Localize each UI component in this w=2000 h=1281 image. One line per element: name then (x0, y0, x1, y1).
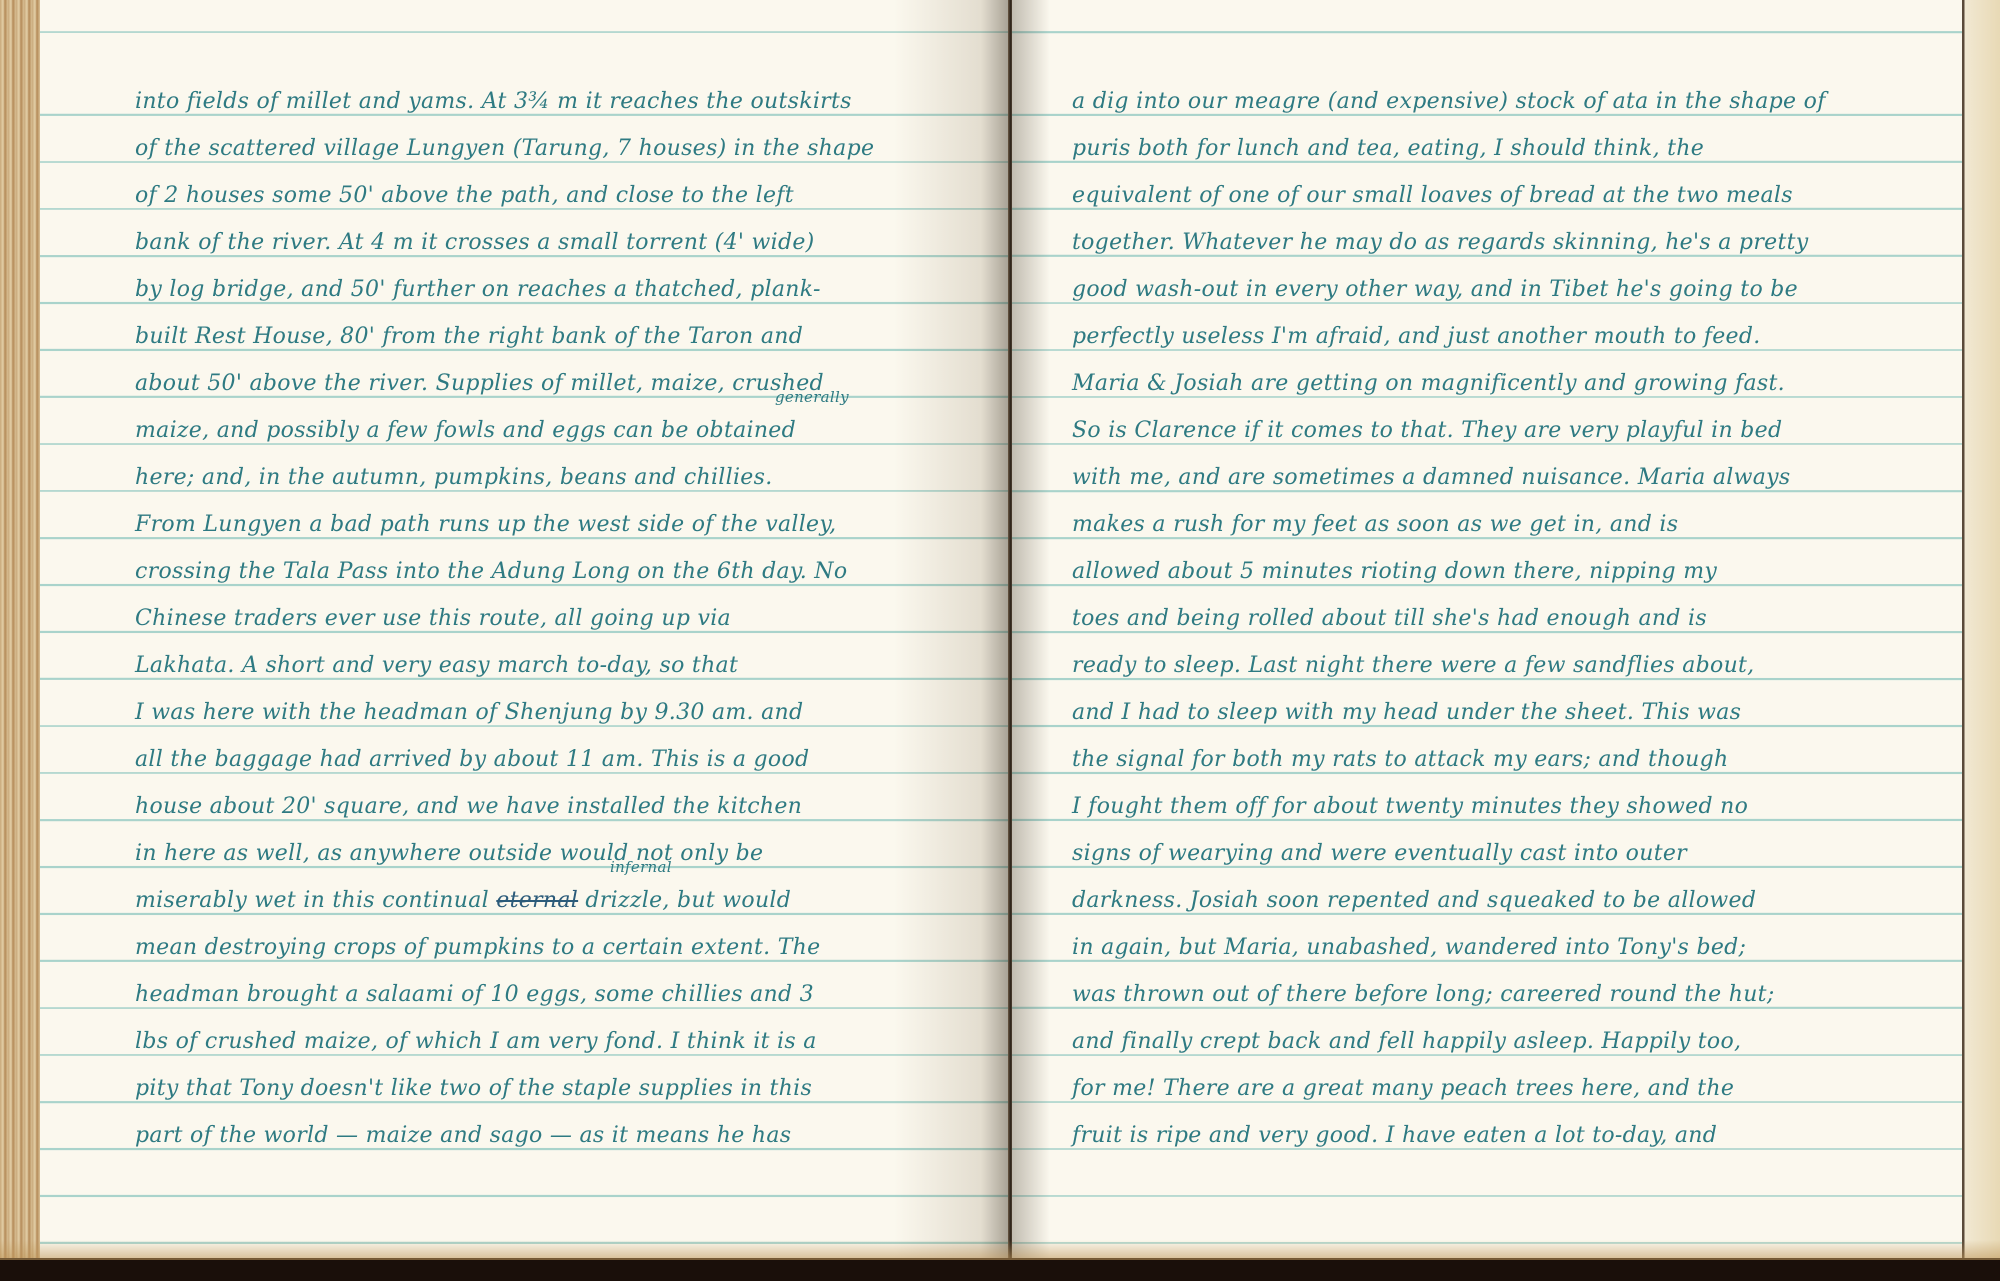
text-line: Lakhata. A short and very easy march to-… (135, 642, 995, 689)
text-line: I fought them off for about twenty minut… (1072, 783, 1952, 830)
text-line: crossing the Tala Pass into the Adung Lo… (135, 548, 995, 595)
open-notebook: into fields of millet and yams. At 3¾ m … (0, 0, 2000, 1258)
text-line: toes and being rolled about till she's h… (1072, 595, 1952, 642)
text-line: good wash-out in every other way, and in… (1072, 266, 1952, 313)
text-line: darkness. Josiah soon repented and squea… (1072, 877, 1952, 924)
text-line: Chinese traders ever use this route, all… (135, 595, 995, 642)
text-line: of the scattered village Lungyen (Tarung… (135, 125, 995, 172)
right-page: a dig into our meagre (and expensive) st… (1012, 0, 1962, 1258)
text-line: headman brought a salaami of 10 eggs, so… (135, 971, 995, 1018)
page-edges-left (0, 0, 40, 1258)
text-line: about 50' above the river. Supplies of m… (135, 360, 995, 407)
text-line: for me! There are a great many peach tre… (1072, 1065, 1952, 1112)
right-page-text: a dig into our meagre (and expensive) st… (1072, 78, 1952, 1159)
text-line: of 2 houses some 50' above the path, and… (135, 172, 995, 219)
text-line: part of the world — maize and sago — as … (135, 1112, 995, 1159)
page-edges-right (1962, 0, 2000, 1258)
text-line: in here as well, as anywhere outside wou… (135, 830, 995, 877)
text-line: fruit is ripe and very good. I have eate… (1072, 1112, 1952, 1159)
text-line: built Rest House, 80' from the right ban… (135, 313, 995, 360)
text-line: and finally crept back and fell happily … (1072, 1018, 1952, 1065)
text-line: bank of the river. At 4 m it crosses a s… (135, 219, 995, 266)
text-line: pity that Tony doesn't like two of the s… (135, 1065, 995, 1112)
left-page: into fields of millet and yams. At 3¾ m … (40, 0, 1010, 1258)
text-line: house about 20' square, and we have inst… (135, 783, 995, 830)
text-line: signs of wearying and were eventually ca… (1072, 830, 1952, 877)
text-line-with-correction: miserably wet in this continual infernal… (135, 877, 995, 924)
text-line: all the baggage had arrived by about 11 … (135, 736, 995, 783)
text-line: I was here with the headman of Shenjung … (135, 689, 995, 736)
text-line: into fields of millet and yams. At 3¾ m … (135, 78, 995, 125)
text-line: From Lungyen a bad path runs up the west… (135, 501, 995, 548)
inserted-word: generally (775, 387, 849, 407)
text-line-with-insertion: generally maize, and possibly a few fowl… (135, 407, 995, 454)
text-line: puris both for lunch and tea, eating, I … (1072, 125, 1952, 172)
text-line: equivalent of one of our small loaves of… (1072, 172, 1952, 219)
text-line: together. Whatever he may do as regards … (1072, 219, 1952, 266)
text-line-content: miserably wet in this continual (135, 888, 489, 913)
inserted-word: infernal (610, 857, 672, 877)
text-line: ready to sleep. Last night there were a … (1072, 642, 1952, 689)
text-line: and I had to sleep with my head under th… (1072, 689, 1952, 736)
text-line: allowed about 5 minutes rioting down the… (1072, 548, 1952, 595)
text-line: lbs of crushed maize, of which I am very… (135, 1018, 995, 1065)
text-line: here; and, in the autumn, pumpkins, bean… (135, 454, 995, 501)
text-line-content: drizzle, but would (585, 888, 791, 913)
text-line: by log bridge, and 50' further on reache… (135, 266, 995, 313)
text-line: the signal for both my rats to attack my… (1072, 736, 1952, 783)
foxing-stain (0, 1240, 2000, 1260)
text-line: with me, and are sometimes a damned nuis… (1072, 454, 1952, 501)
text-line: So is Clarence if it comes to that. They… (1072, 407, 1952, 454)
text-line: Maria & Josiah are getting on magnificen… (1072, 360, 1952, 407)
text-line: makes a rush for my feet as soon as we g… (1072, 501, 1952, 548)
text-line: perfectly useless I'm afraid, and just a… (1072, 313, 1952, 360)
text-line: was thrown out of there before long; car… (1072, 971, 1952, 1018)
text-line: mean destroying crops of pumpkins to a c… (135, 924, 995, 971)
struck-word: eternal (496, 888, 578, 913)
text-line-content: maize, and possibly a few fowls and eggs… (135, 418, 796, 443)
text-line: a dig into our meagre (and expensive) st… (1072, 78, 1952, 125)
left-page-text: into fields of millet and yams. At 3¾ m … (135, 78, 995, 1159)
text-line: in again, but Maria, unabashed, wandered… (1072, 924, 1952, 971)
